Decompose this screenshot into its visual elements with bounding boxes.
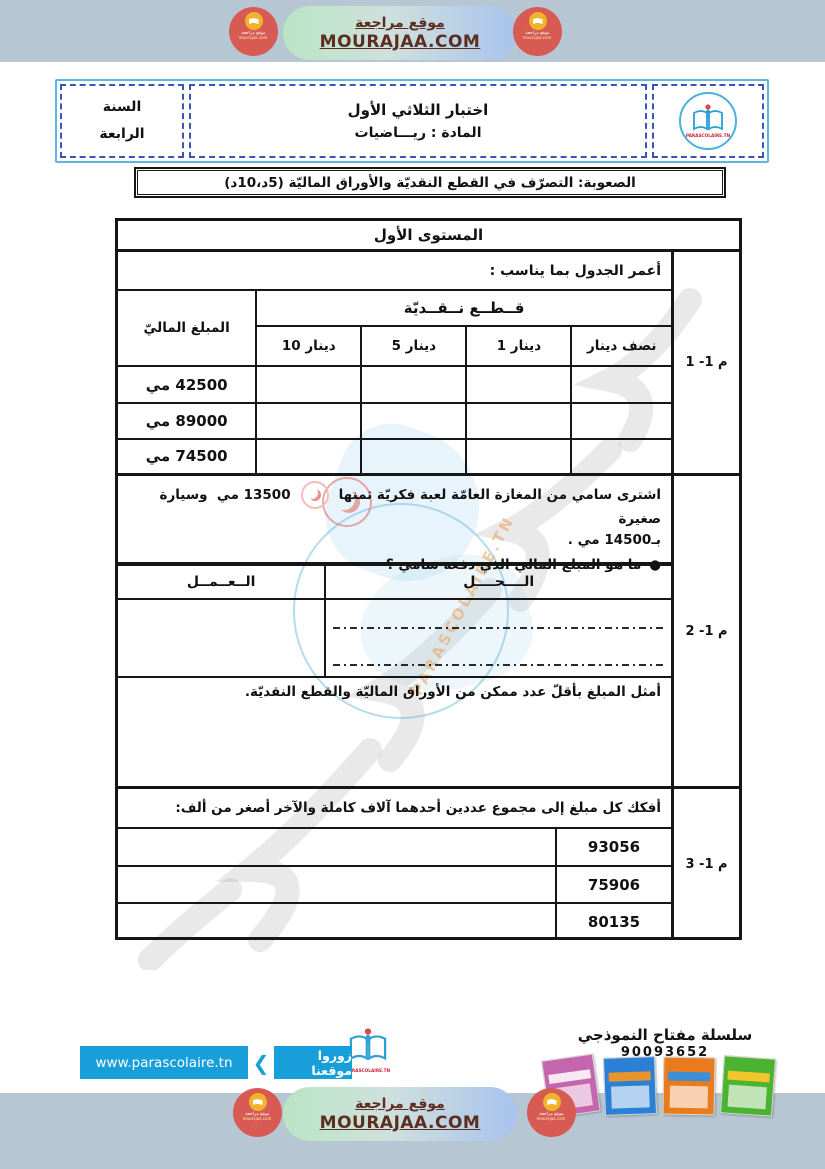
decompose-row: 93056 [118, 829, 671, 867]
amount-value: 80135 [555, 904, 671, 940]
series-title: سلسلة مفتاح النموذجي [556, 1026, 774, 1044]
open-book-person-icon [690, 103, 726, 133]
open-book-person-icon [346, 1026, 390, 1064]
coin-column-5-dinar: 5 دينار [361, 326, 466, 366]
site-badge-left: موقع مراجعة mourajaa.com [233, 1088, 282, 1137]
site-badge-right: موقع مراجعة mourajaa.com [513, 7, 562, 56]
website-banner: www.parascolaire.tn ❮ زوروا موقعنا [80, 1046, 352, 1079]
crescent-stamp-icon [301, 481, 329, 509]
answer-cell [118, 829, 555, 865]
amount-value: 75906 [555, 867, 671, 903]
dotted-answer-line [333, 664, 664, 666]
amount-value: 42500 مي [118, 366, 256, 402]
answer-cell [361, 439, 466, 473]
site-domain: MOURAJAA.COM [320, 1113, 481, 1133]
book-icon [245, 12, 263, 30]
answer-cell [361, 366, 466, 402]
exercise-1-section: أعمر الجدول بما يناسب : قــطــع نــقــدي… [118, 252, 671, 476]
answer-cell [361, 403, 466, 439]
book-icon [249, 1093, 267, 1111]
difficulty-bar: الصعوبة: التصرّف في القطع النقديّة والأو… [134, 167, 726, 198]
difficulty-text: الصعوبة: التصرّف في القطع النقديّة والأو… [137, 170, 723, 195]
answer-cell [571, 403, 671, 439]
answer-cell [118, 867, 555, 903]
badge-text-domain: mourajaa.com [239, 37, 268, 41]
subject-line: المادة : ريـــاضيات [355, 125, 482, 141]
coins-table: قــطــع نــقــديّة المبلغ الماليّ نصف دي… [118, 291, 671, 473]
top-site-banner: موقع مراجعة MOURAJAA.COM [283, 6, 517, 60]
answer-cell [571, 366, 671, 402]
website-url: www.parascolaire.tn [80, 1046, 248, 1079]
book-cover [662, 1057, 715, 1116]
solution-work-table: الــــحــــل الــعــمــل [118, 564, 671, 678]
exercise-3-instruction: أفكك كل مبلغ إلى مجموع عددين أحدهما آلاف… [118, 789, 671, 829]
badge-text-domain: mourajaa.com [243, 1118, 272, 1122]
exercise-labels-column: م 1- 1 م 1- 2 م 1- 3 [671, 252, 739, 940]
book-icon [529, 12, 547, 30]
site-label-arabic: موقع مراجعة [355, 1095, 445, 1113]
answer-cell [466, 403, 571, 439]
exam-title-box: اختبار الثلاثي الأول المادة : ريـــاضيات [189, 84, 647, 158]
work-answer-area [118, 599, 325, 677]
answer-cell [466, 366, 571, 402]
representation-task: أمثل المبلغ بأقلّ عدد ممكن من الأوراق ال… [118, 678, 671, 786]
visit-site-label: زوروا موقعنا [274, 1046, 352, 1079]
table-row: 74500 مي [118, 439, 671, 473]
exam-title: اختبار الثلاثي الأول [348, 101, 489, 119]
site-domain: MOURAJAA.COM [320, 32, 481, 52]
amount-column-header: المبلغ الماليّ [118, 291, 256, 366]
answer-cell [118, 904, 555, 940]
answer-cell [256, 439, 361, 473]
problem-text-start: اشترى سامي من المغازة العامّة لعبة فكريّ… [339, 487, 661, 503]
exercise-1-label: م 1- 1 [674, 252, 739, 476]
coin-column-10-dinar: 10 دينار [256, 326, 361, 366]
work-column-header: الــعــمــل [118, 565, 325, 599]
word-problem: اشترى سامي من المغازة العامّة لعبة فكريّ… [118, 476, 671, 564]
answer-cell [571, 439, 671, 473]
decompose-row: 80135 [118, 904, 671, 940]
school-year-label: السنة [103, 94, 142, 121]
answer-cell [466, 439, 571, 473]
site-badge-left: موقع مراجعة mourajaa.com [229, 7, 278, 56]
bottom-site-banner: موقع مراجعة MOURAJAA.COM [283, 1087, 517, 1141]
badge-text-domain: mourajaa.com [537, 1118, 566, 1122]
amount-value: 89000 مي [118, 403, 256, 439]
coin-column-1-dinar: 1 دينار [466, 326, 571, 366]
book-cover [720, 1055, 776, 1116]
publisher-logo-box: PARASCOLAIRE.TN [652, 84, 764, 158]
answer-cell [256, 403, 361, 439]
badge-text-domain: mourajaa.com [523, 37, 552, 41]
site-label-arabic: موقع مراجعة [355, 14, 445, 32]
logo-caption: PARASCOLAIRE.TN [686, 133, 730, 138]
chevron-left-icon: ❮ [248, 1046, 274, 1079]
level-one-table: المستوى الأول أعمر الجدول بما يناسب : قـ… [115, 218, 742, 940]
exercise-3-label: م 1- 3 [674, 789, 739, 940]
amount-value: 93056 [555, 829, 671, 865]
problem-line-2: بـ14500 مي . [124, 530, 661, 551]
book-cover [603, 1056, 657, 1116]
school-year-box: السنة الرابعة [60, 84, 184, 158]
level-title: المستوى الأول [118, 221, 739, 252]
decompose-row: 75906 [118, 867, 671, 905]
exercise-2-section: اشترى سامي من المغازة العامّة لعبة فكريّ… [118, 476, 671, 789]
exam-sheet-page: موقع مراجعة MOURAJAA.COM موقع مراجعة mou… [0, 0, 825, 1169]
problem-price-1: 13500 مي [217, 487, 291, 503]
dotted-answer-line [333, 627, 664, 629]
book-icon [543, 1093, 561, 1111]
parascolaire-logo: PARASCOLAIRE.TN [679, 92, 737, 150]
coin-column-half-dinar: نصف دينار [571, 326, 671, 366]
site-badge-right: موقع مراجعة mourajaa.com [527, 1088, 576, 1137]
book-covers [545, 1057, 774, 1115]
exercise-2-label: م 1- 2 [674, 476, 739, 789]
amount-value: 74500 مي [118, 439, 256, 473]
solution-column-header: الــــحــــل [325, 565, 671, 599]
coins-header: قــطــع نــقــديّة [256, 291, 671, 326]
solution-answer-area [325, 599, 671, 677]
exercise-3-section: أفكك كل مبلغ إلى مجموع عددين أحدهما آلاف… [118, 789, 671, 940]
answer-cell [256, 366, 361, 402]
school-year-value: الرابعة [99, 121, 144, 148]
table-row: 42500 مي [118, 366, 671, 402]
table-row: 89000 مي [118, 403, 671, 439]
exercise-1-instruction: أعمر الجدول بما يناسب : [118, 252, 671, 291]
exam-header: السنة الرابعة اختبار الثلاثي الأول الماد… [55, 79, 769, 163]
